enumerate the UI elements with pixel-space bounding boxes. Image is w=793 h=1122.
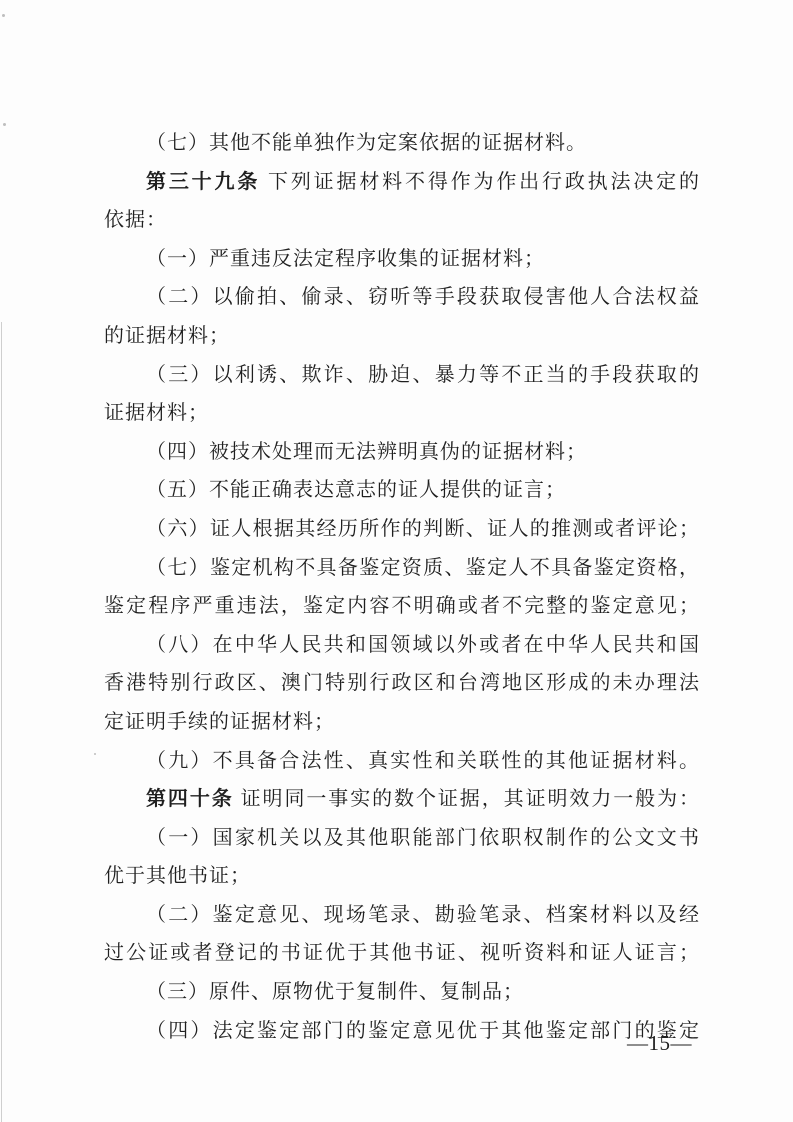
text-line: （二）鉴定意见、现场笔录、勘验笔录、档案材料以及经 [104, 896, 700, 935]
line-text: 定证明手续的证据材料； [104, 711, 335, 733]
line-text: 依据： [104, 209, 167, 231]
text-line: （七）鉴定机构不具备鉴定资质、鉴定人不具备鉴定资格， [104, 549, 700, 588]
line-text: 下列证据材料不得作为作出行政执法决定的 [260, 171, 700, 193]
line-text: （一）严重违反法定程序收集的证据材料； [146, 248, 545, 270]
text-line: （二）以偷拍、偷录、窃听等手段获取侵害他人合法权益 [104, 278, 700, 317]
line-text: （三）原件、原物优于复制件、复制品； [146, 981, 524, 1003]
line-text: （二）鉴定意见、现场笔录、勘验笔录、档案材料以及经 [146, 904, 700, 926]
text-line: （五）不能正确表达意志的证人提供的证言； [104, 471, 700, 510]
line-text: （八）在中华人民共和国领域以外或者在中华人民共和国 [146, 634, 700, 656]
document-body: （七）其他不能单独作为定案依据的证据材料。第三十九条 下列证据材料不得作为作出行… [104, 124, 700, 1050]
line-text: 过公证或者登记的书证优于其他书证、视听资料和证人证言； [104, 942, 700, 964]
line-text: 香港特别行政区、澳门特别行政区和台湾地区形成的未办理法 [104, 672, 700, 694]
document-page: （七）其他不能单独作为定案依据的证据材料。第三十九条 下列证据材料不得作为作出行… [0, 0, 793, 1122]
text-line: （三）原件、原物优于复制件、复制品； [104, 973, 700, 1012]
line-text: 证明同一事实的数个证据，其证明效力一般为： [234, 788, 700, 810]
line-text: （六）证人根据其经历所作的判断、证人的推测或者评论； [146, 518, 700, 540]
text-line: 优于其他书证； [104, 857, 700, 896]
line-text: （四）被技术处理而无法辨明真伪的证据材料； [146, 441, 587, 463]
line-text: 鉴定程序严重违法，鉴定内容不明确或者不完整的鉴定意见； [104, 595, 700, 617]
text-line: （七）其他不能单独作为定案依据的证据材料。 [104, 124, 700, 163]
article-number: 第四十条 [146, 788, 234, 810]
text-line: 鉴定程序严重违法，鉴定内容不明确或者不完整的鉴定意见； [104, 587, 700, 626]
text-line: （九）不具备合法性、真实性和关联性的其他证据材料。 [104, 742, 700, 781]
line-text: （五）不能正确表达意志的证人提供的证言； [146, 479, 566, 501]
line-text: 的证据材料； [104, 325, 230, 347]
line-text: （九）不具备合法性、真实性和关联性的其他证据材料。 [146, 750, 700, 772]
scan-speck [3, 123, 6, 126]
line-text: （二）以偷拍、偷录、窃听等手段获取侵害他人合法权益 [146, 286, 700, 308]
scan-speck [94, 753, 96, 755]
page-number: —15— [104, 1030, 692, 1056]
text-line: （八）在中华人民共和国领域以外或者在中华人民共和国 [104, 626, 700, 665]
text-line: 第四十条 证明同一事实的数个证据，其证明效力一般为： [104, 780, 700, 819]
text-line: 第三十九条 下列证据材料不得作为作出行政执法决定的 [104, 163, 700, 202]
text-line: （一）严重违反法定程序收集的证据材料； [104, 240, 700, 279]
text-line: 依据： [104, 201, 700, 240]
line-text: （七）鉴定机构不具备鉴定资质、鉴定人不具备鉴定资格， [146, 557, 700, 579]
text-line: 过公证或者登记的书证优于其他书证、视听资料和证人证言； [104, 934, 700, 973]
scan-edge-artifact [1, 322, 2, 1122]
text-line: 的证据材料； [104, 317, 700, 356]
text-line: （六）证人根据其经历所作的判断、证人的推测或者评论； [104, 510, 700, 549]
line-text: （七）其他不能单独作为定案依据的证据材料。 [146, 132, 587, 154]
text-line: 定证明手续的证据材料； [104, 703, 700, 742]
article-number: 第三十九条 [146, 171, 260, 193]
text-line: 证据材料； [104, 394, 700, 433]
line-text: （一）国家机关以及其他职能部门依职权制作的公文文书 [146, 827, 700, 849]
line-text: 优于其他书证； [104, 865, 251, 887]
text-line: （三）以利诱、欺诈、胁迫、暴力等不正当的手段获取的 [104, 356, 700, 395]
line-text: （三）以利诱、欺诈、胁迫、暴力等不正当的手段获取的 [146, 364, 700, 386]
text-line: 香港特别行政区、澳门特别行政区和台湾地区形成的未办理法 [104, 664, 700, 703]
text-line: （一）国家机关以及其他职能部门依职权制作的公文文书 [104, 819, 700, 858]
line-text: 证据材料； [104, 402, 209, 424]
text-line: （四）被技术处理而无法辨明真伪的证据材料； [104, 433, 700, 472]
scan-speck [2, 14, 5, 17]
